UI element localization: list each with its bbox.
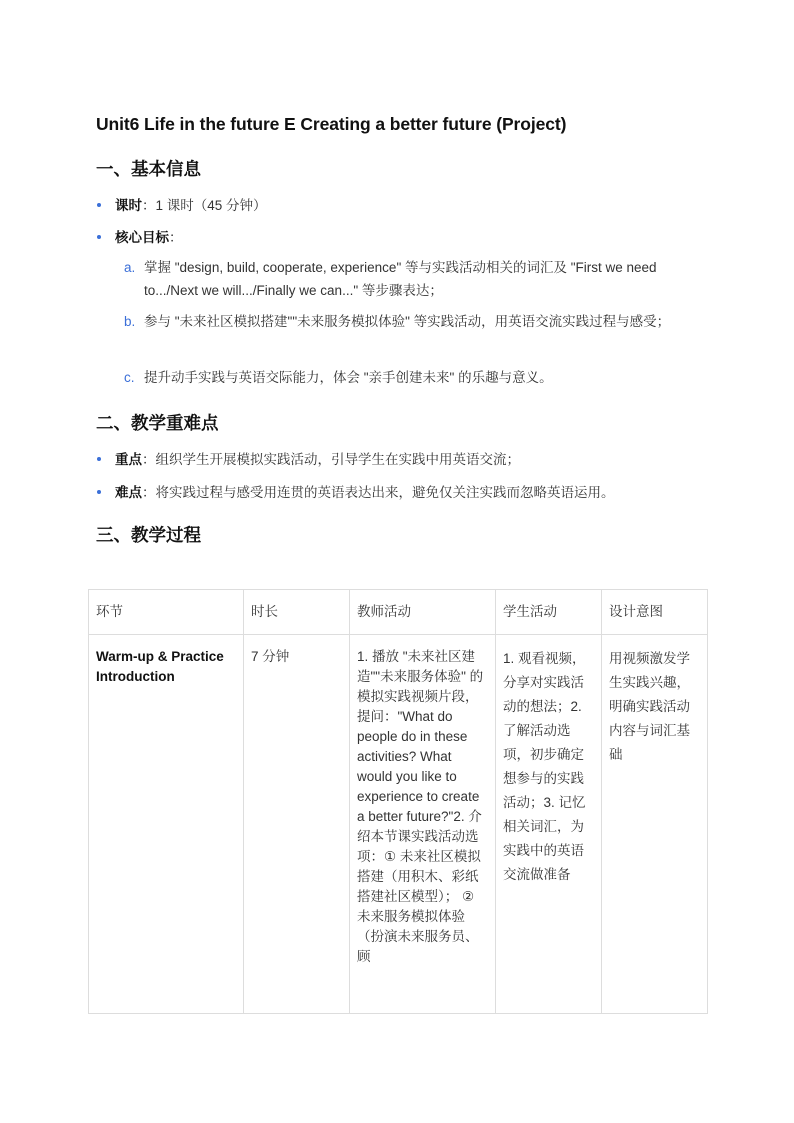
- bullet-core-goals: 核心目标：: [96, 226, 183, 246]
- cell-design-intent: 用视频激发学生实践兴趣，明确实践活动内容与词汇基础: [602, 635, 708, 1014]
- list-marker: b.: [124, 310, 135, 333]
- section-heading-teaching-process: 三、教学过程: [96, 522, 201, 547]
- section-heading-key-points: 二、教学重难点: [96, 410, 219, 435]
- bullet-key: 难点: [115, 485, 142, 500]
- goal-text: 掌握 "design, build, cooperate, experience…: [124, 256, 694, 302]
- cell-stage: Warm-up & Practice Introduction: [89, 635, 244, 1014]
- goal-item-c: c. 提升动手实践与英语交际能力，体会 "亲手创建未来" 的乐趣与意义。: [124, 366, 694, 389]
- bullet-text: 将实践过程与感受用连贯的英语表达出来，避免仅关注实践而忽略英语运用。: [156, 485, 615, 500]
- goal-item-b: b. 参与 "未来社区模拟搭建""未来服务模拟体验" 等实践活动，用英语交流实践…: [124, 310, 694, 333]
- goal-text: 提升动手实践与英语交际能力，体会 "亲手创建未来" 的乐趣与意义。: [124, 366, 694, 389]
- header-teacher-activity: 教师活动: [350, 590, 496, 635]
- bullet-sep: ：: [142, 485, 156, 500]
- header-design-intent: 设计意图: [602, 590, 708, 635]
- bullet-key-point: 重点：组织学生开展模拟实践活动，引导学生在实践中用英语交流；: [96, 448, 520, 468]
- cell-duration: 7 分钟: [244, 635, 350, 1014]
- cell-teacher-activity: 1. 播放 "未来社区建造""未来服务体验" 的模拟实践视频片段，提问："Wha…: [350, 635, 496, 1014]
- bullet-difficult-point: 难点：将实践过程与感受用连贯的英语表达出来，避免仅关注实践而忽略英语运用。: [96, 481, 615, 501]
- table-row: Warm-up & Practice Introduction 7 分钟 1. …: [89, 635, 708, 1014]
- bullet-sep: ：: [142, 198, 156, 213]
- bullet-dot-icon: [97, 490, 101, 494]
- bullet-dot-icon: [97, 457, 101, 461]
- bullet-key: 课时: [115, 198, 142, 213]
- document-page: Unit6 Life in the future E Creating a be…: [0, 0, 794, 1123]
- bullet-key: 重点: [115, 452, 142, 467]
- goal-text: 参与 "未来社区模拟搭建""未来服务模拟体验" 等实践活动，用英语交流实践过程与…: [124, 310, 694, 333]
- header-duration: 时长: [244, 590, 350, 635]
- table-header-row: 环节 时长 教师活动 学生活动 设计意图: [89, 590, 708, 635]
- section-heading-basic-info: 一、基本信息: [96, 156, 201, 181]
- bullet-class-hours: 课时：1 课时（45 分钟）: [96, 194, 267, 214]
- goal-item-a: a. 掌握 "design, build, cooperate, experie…: [124, 256, 694, 302]
- header-student-activity: 学生活动: [496, 590, 602, 635]
- list-marker: a.: [124, 256, 135, 279]
- document-title: Unit6 Life in the future E Creating a be…: [96, 114, 566, 135]
- bullet-dot-icon: [97, 235, 101, 239]
- list-marker: c.: [124, 366, 135, 389]
- bullet-text: 组织学生开展模拟实践活动，引导学生在实践中用英语交流；: [156, 452, 521, 467]
- header-stage: 环节: [89, 590, 244, 635]
- bullet-dot-icon: [97, 203, 101, 207]
- bullet-key: 核心目标: [115, 230, 169, 245]
- bullet-text: 1 课时（45 分钟）: [156, 198, 267, 213]
- teaching-process-table: 环节 时长 教师活动 学生活动 设计意图 Warm-up & Practice …: [88, 589, 708, 1014]
- bullet-sep: ：: [169, 230, 183, 245]
- bullet-sep: ：: [142, 452, 156, 467]
- cell-student-activity: 1. 观看视频，分享对实践活动的想法；2. 了解活动选项，初步确定想参与的实践活…: [496, 635, 602, 1014]
